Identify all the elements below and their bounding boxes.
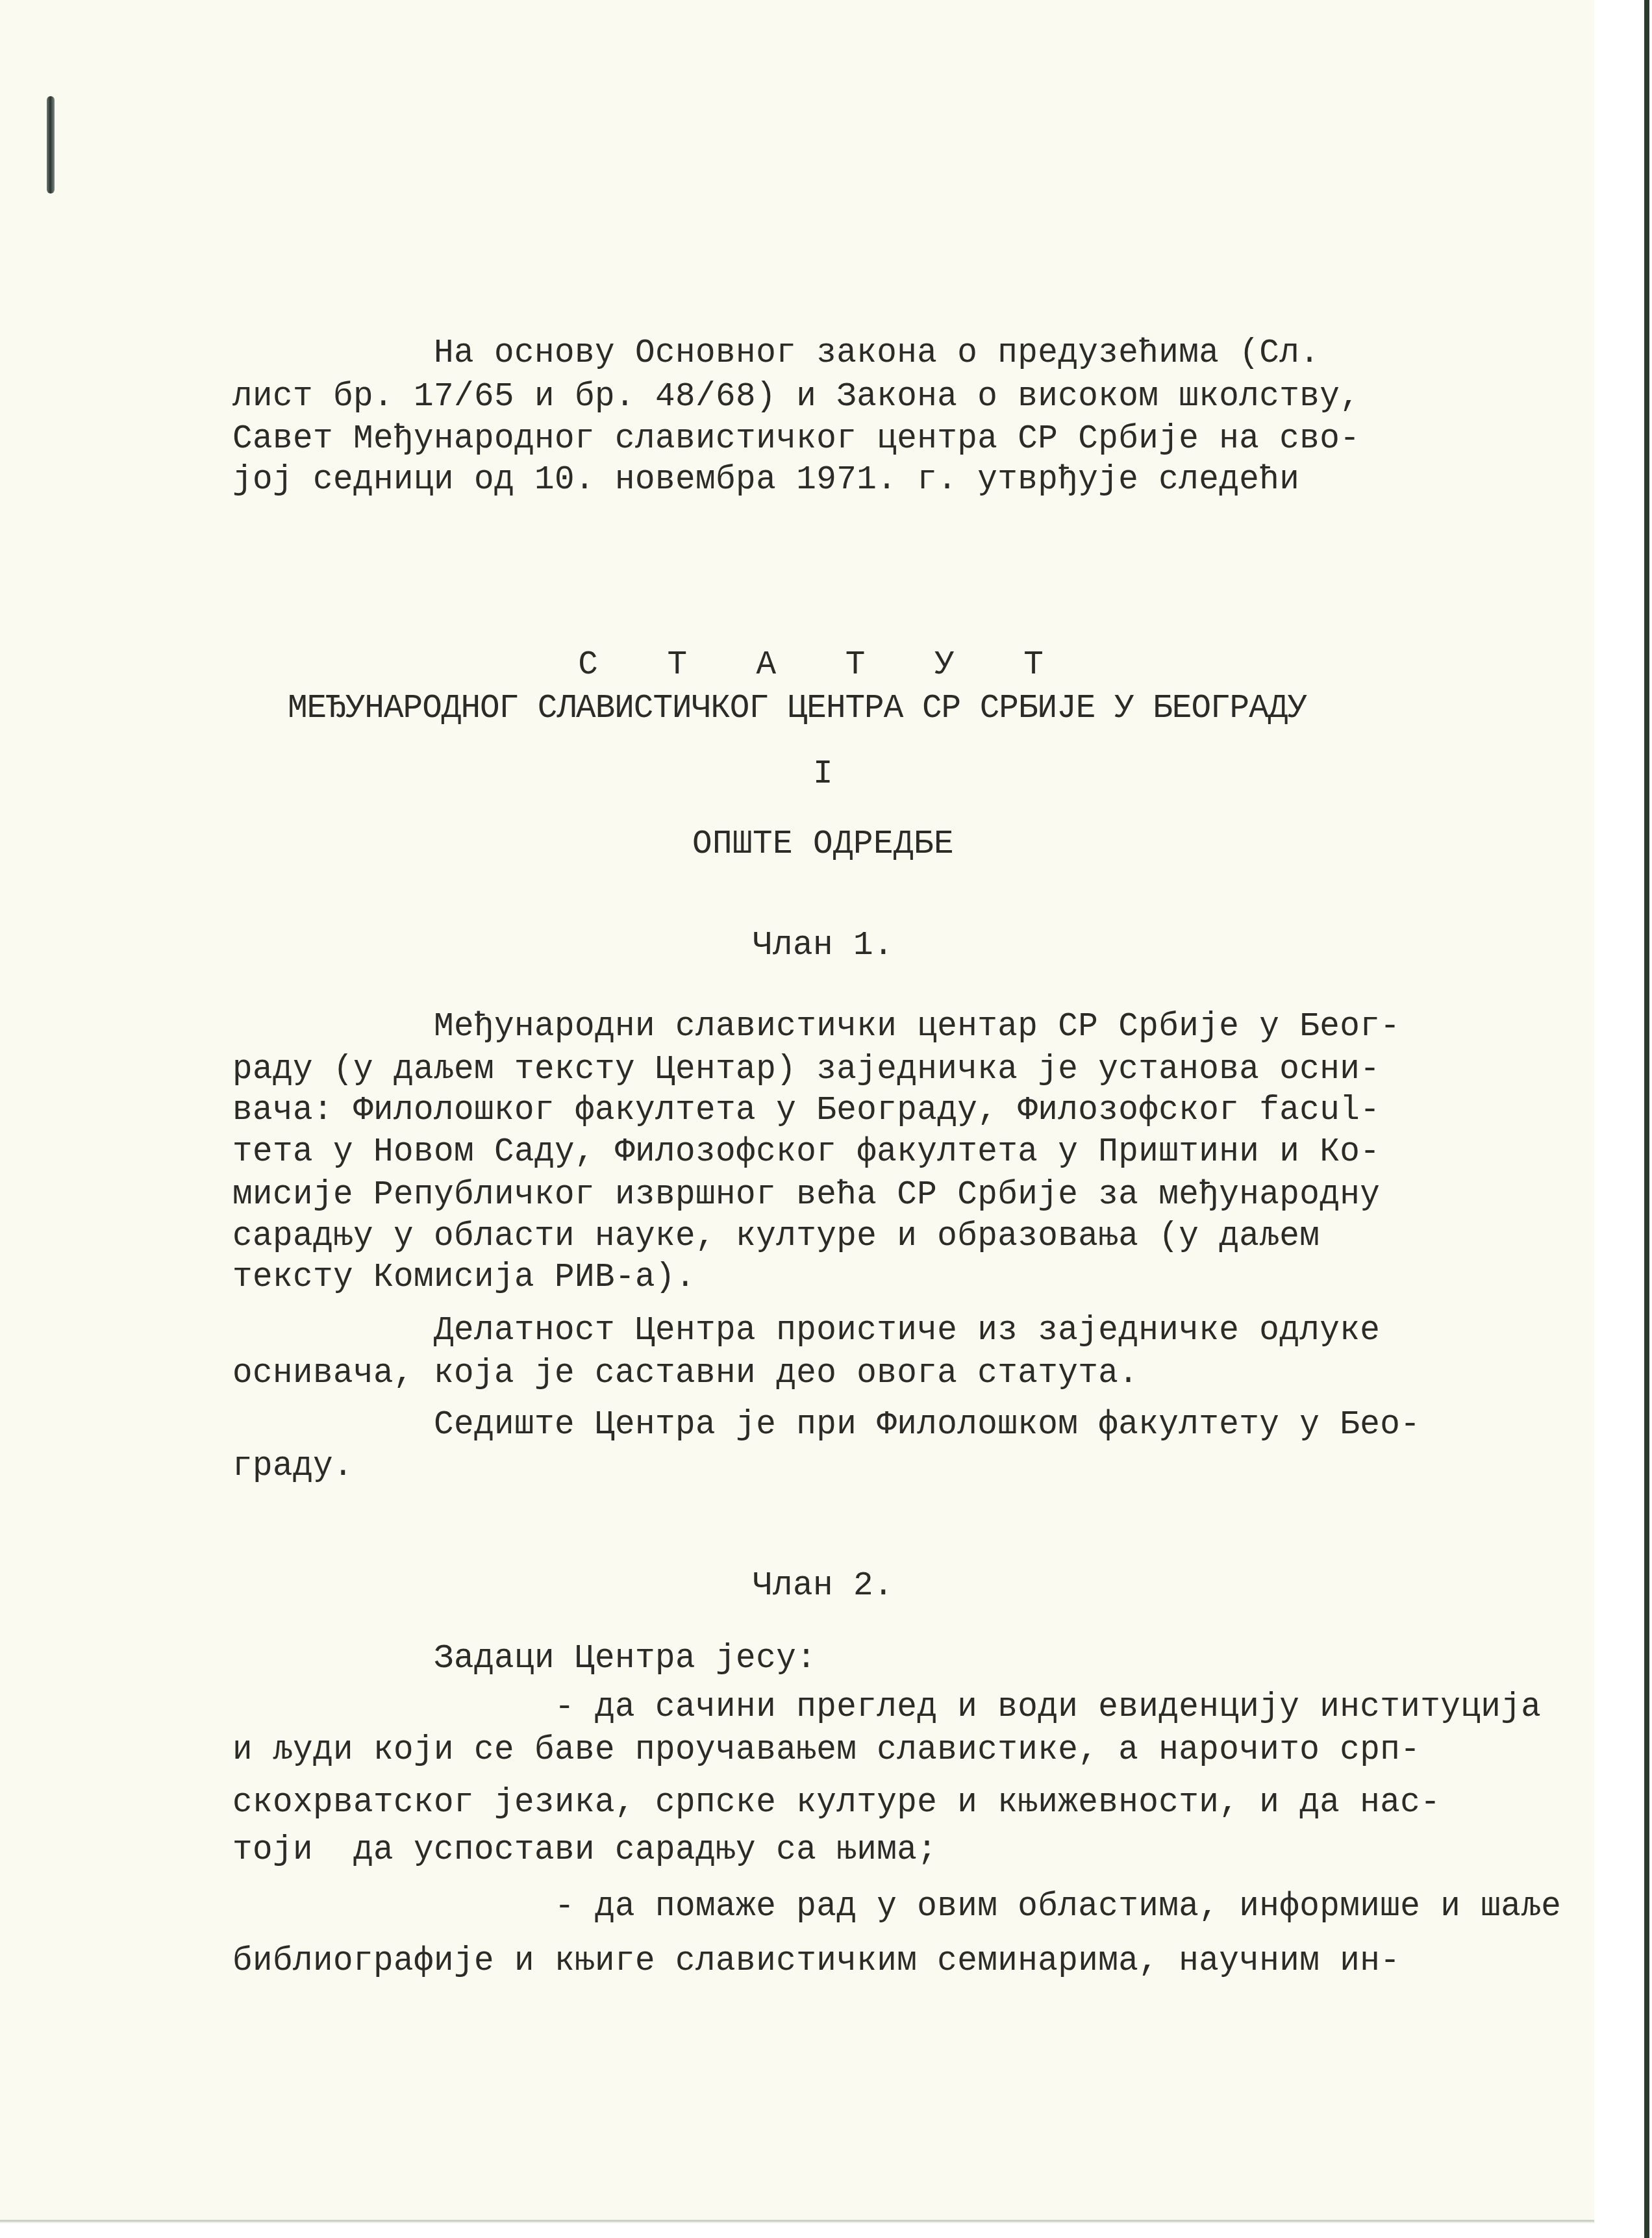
document-subtitle: МЕЂУНАРОДНОГ СЛАВИСТИЧКОГ ЦЕНТРА СР СРБИ… xyxy=(0,690,1594,729)
body-text-line: библиографије и књиге славистичким семин… xyxy=(232,1943,1400,1981)
body-text-line: раду (у даљем тексту Центар) заједничка … xyxy=(232,1051,1380,1090)
preamble-line: На основу Основног закона о предузећима … xyxy=(232,334,1320,373)
body-text-line: оснивача, која је саставни део овога ста… xyxy=(232,1355,1138,1394)
body-text-line: Делатност Центра проистиче из заједничке… xyxy=(232,1312,1380,1351)
section-title: ОПШТЕ ОДРЕДБЕ xyxy=(0,825,1620,864)
body-text-line: скохрватског језика, српске културе и књ… xyxy=(232,1784,1440,1823)
article-heading: Члан 1. xyxy=(0,927,1620,966)
body-text-line: вача: Филолошког факултета у Београду, Ф… xyxy=(232,1092,1380,1131)
body-text-line: Међународни славистички центар СР Србије… xyxy=(232,1008,1400,1047)
body-text-line: сарадњу у области науке, културе и образ… xyxy=(232,1218,1320,1257)
section-number: I xyxy=(0,755,1620,794)
body-text-line: и људи који се баве проучавањем слависти… xyxy=(232,1731,1420,1770)
preamble-line: лист бр. 17/65 и бр. 48/68) и Закона о в… xyxy=(232,378,1360,417)
body-text-line: - да помаже рад у овим областима, информ… xyxy=(232,1888,1561,1927)
body-text-line: мисије Републичког извршног већа СР Срби… xyxy=(232,1176,1380,1215)
article-heading: Члан 2. xyxy=(0,1567,1620,1606)
scanner-edge xyxy=(1644,0,1649,2238)
body-text-line: - да сачини преглед и води евиденцију ин… xyxy=(232,1689,1541,1728)
body-text-line: тоји да успостави сарадњу са њима; xyxy=(232,1831,937,1870)
body-text-line: тета у Новом Саду, Филозофског факултета… xyxy=(232,1133,1380,1172)
body-text-line: Седиште Центра је при Филолошком факулте… xyxy=(232,1406,1420,1445)
preamble-line: јој седници од 10. новембра 1971. г. утв… xyxy=(232,461,1299,500)
body-text-line: граду. xyxy=(232,1448,353,1487)
preamble-line: Савет Међународног славистичког центра С… xyxy=(232,420,1360,459)
body-text-line: тексту Комисија РИВ-а). xyxy=(232,1259,695,1298)
document-title: С Т А Т У Т xyxy=(0,646,1620,685)
body-text-line: Задаци Центра јесу: xyxy=(232,1640,816,1679)
staple-icon xyxy=(47,96,55,194)
